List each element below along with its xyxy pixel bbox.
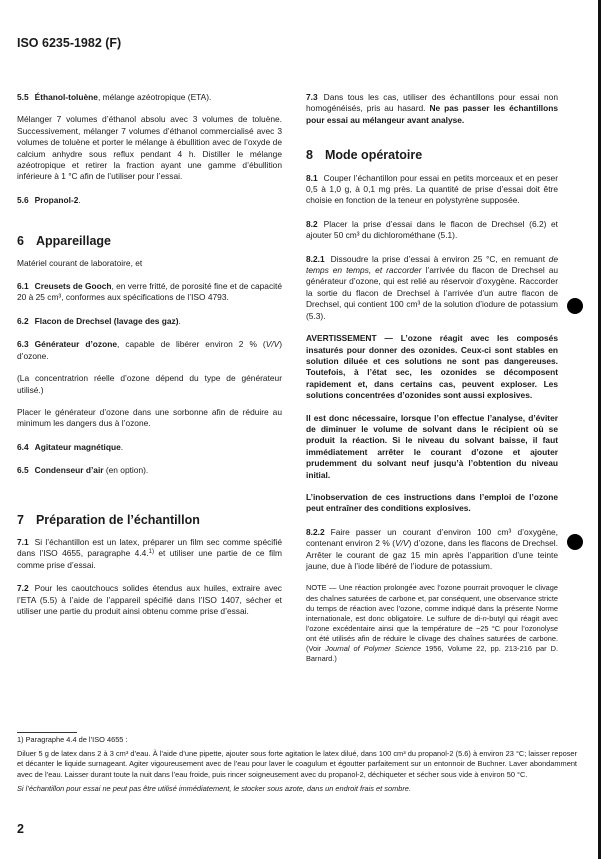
footnote-1-body: Diluer 5 g de latex dans 2 à 3 cm³ d’eau… xyxy=(17,749,577,780)
section-5-6-heading: 5.6Propanol-2. xyxy=(17,195,282,206)
warning-paragraph-3: L’inobservation de ces instructions dans… xyxy=(306,492,558,515)
section-6-title: 6Appareillage xyxy=(17,236,282,247)
footnotes: 1) Paragraphe 4.4 de l’ISO 4655 : Diluer… xyxy=(17,735,577,794)
right-column: 7.3Dans tous les cas, utiliser des échan… xyxy=(306,92,558,664)
section-6-4: 6.4Agitateur magnétique. xyxy=(17,442,282,453)
section-6-3-note: (La concentratrion réelle d’ozone dépend… xyxy=(17,373,282,396)
section-8-2-2: 8.2.2Faire passer un courant d’environ 1… xyxy=(306,527,558,573)
margin-bullet-mark xyxy=(567,298,583,314)
section-6-3-para: Placer le générateur d’ozone dans une so… xyxy=(17,407,282,430)
section-8-1: 8.1Couper l’échantillon pour essai en pe… xyxy=(306,173,558,207)
warning-paragraph-1: AVERTISSEMENT — L’ozone réagit avec les … xyxy=(306,333,558,401)
margin-bullet-mark xyxy=(567,534,583,550)
section-5-5-heading: 5.5Éthanol-toluène, mélange azéotropique… xyxy=(17,92,282,103)
section-5-5-body: Mélanger 7 volumes d’éthanol absolu avec… xyxy=(17,114,282,182)
section-7-2: 7.2Pour les caoutchoucs solides étendus … xyxy=(17,583,282,617)
section-6-3: 6.3Générateur d’ozone, capable de libére… xyxy=(17,339,282,362)
section-8-2: 8.2Placer la prise d’essai dans le flaco… xyxy=(306,219,558,242)
section-7-3: 7.3Dans tous les cas, utiliser des échan… xyxy=(306,92,558,126)
footnote-divider xyxy=(17,732,77,733)
left-column: 5.5Éthanol-toluène, mélange azéotropique… xyxy=(17,92,282,617)
section-7-title: 7Préparation de l’échantillon xyxy=(17,515,282,526)
section-8-2-1: 8.2.1Dissoudre la prise d’essai à enviro… xyxy=(306,254,558,322)
document-header: ISO 6235-1982 (F) xyxy=(17,36,121,50)
section-6-intro: Matériel courant de laboratoire, et xyxy=(17,258,282,269)
page-number: 2 xyxy=(17,822,24,836)
note-paragraph: NOTE — Une réaction prolongée avec l’ozo… xyxy=(306,583,558,664)
section-6-5: 6.5Condenseur d’air (en option). xyxy=(17,465,282,476)
footnote-1-italic: Si l’échantillon pour essai ne peut pas … xyxy=(17,784,577,794)
section-6-2: 6.2Flacon de Drechsel (lavage des gaz). xyxy=(17,316,282,327)
footnote-1-label: 1) Paragraphe 4.4 de l’ISO 4655 : xyxy=(17,735,577,745)
section-6-1: 6.1Creusets de Gooch, en verre fritté, d… xyxy=(17,281,282,304)
warning-paragraph-2: Il est donc nécessaire, lorsque l’on eff… xyxy=(306,413,558,481)
section-8-title: 8Mode opératoire xyxy=(306,150,558,161)
section-7-1: 7.1Si l’échantillon est un latex, prépar… xyxy=(17,537,282,571)
